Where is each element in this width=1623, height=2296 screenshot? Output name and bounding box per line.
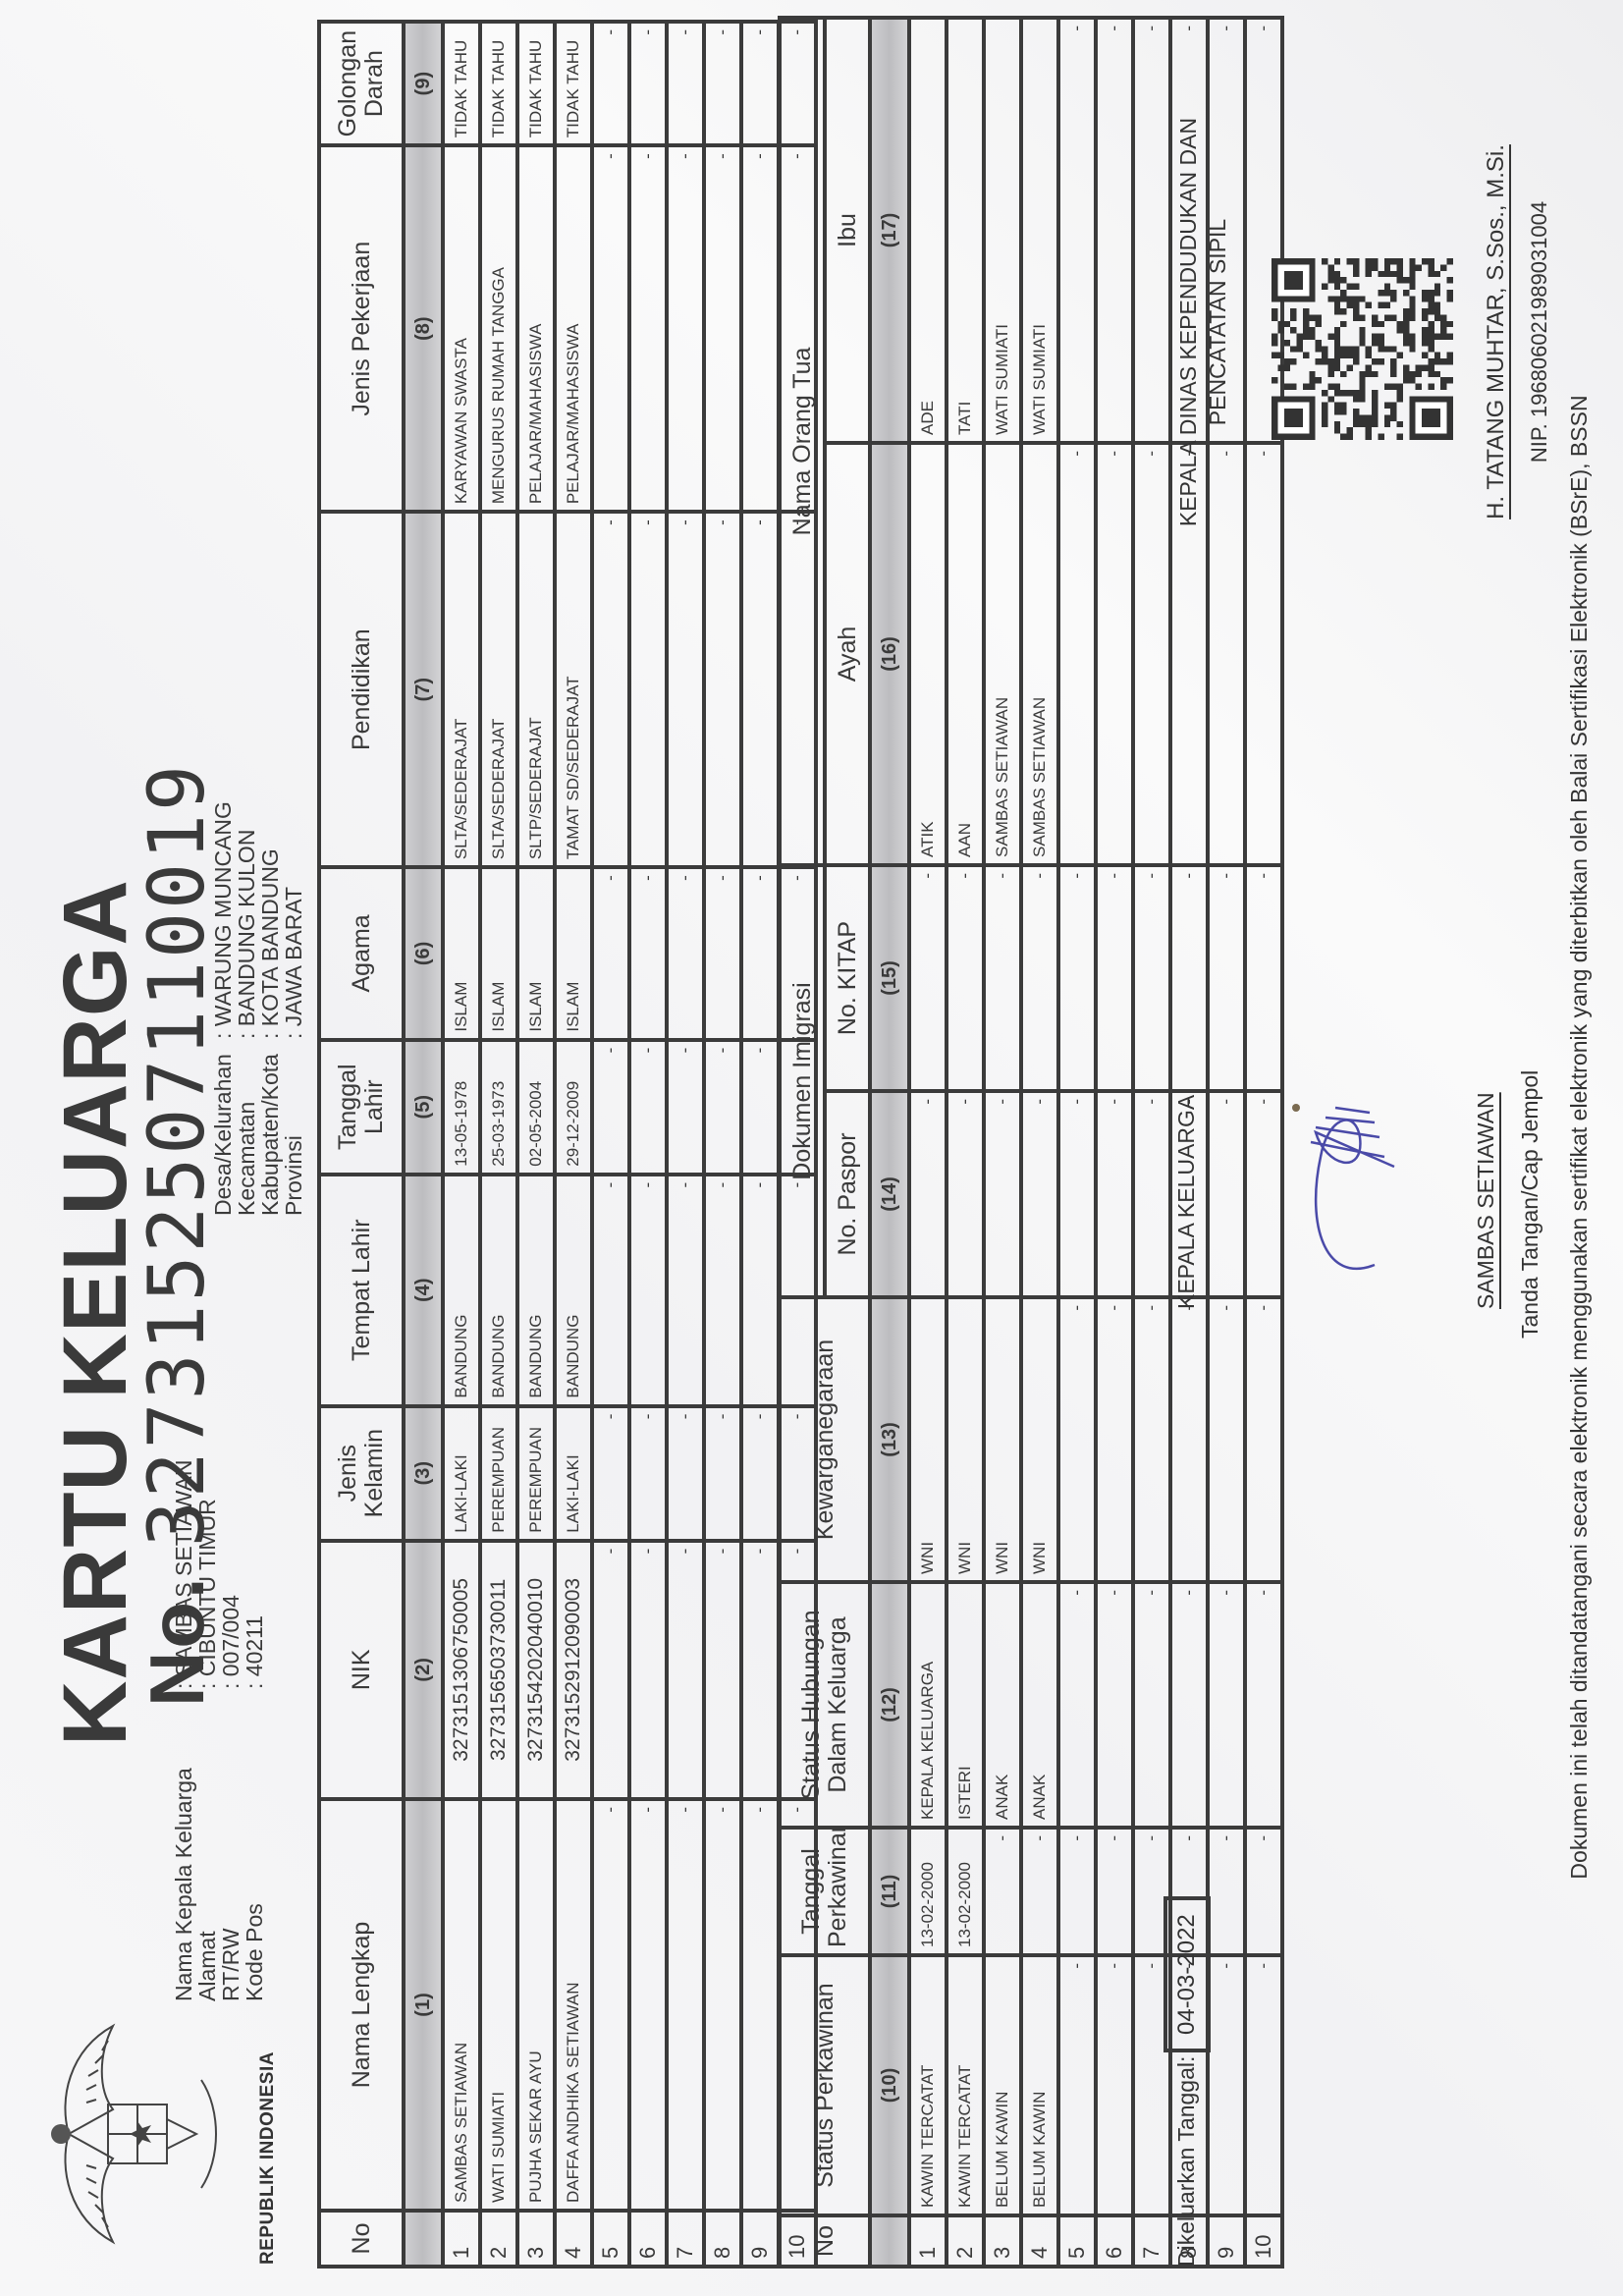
info-value: : 40211 — [243, 1615, 266, 1689]
col-header: Ibu — [825, 18, 870, 443]
row-number: 1 — [909, 2215, 947, 2267]
office-title-line: PENCATATAN SIPIL — [1203, 47, 1232, 597]
header-info-right: Desa/Kelurahan: WARUNG MUNCANG Kecamatan… — [211, 801, 305, 1216]
row-number: 6 — [1096, 2215, 1133, 2267]
table-cell: - — [592, 1541, 629, 1799]
col-number: (8) — [404, 145, 443, 512]
table-cell: - — [1096, 443, 1133, 865]
qr-code-icon — [1271, 258, 1453, 440]
office-title-line: KEPALA DINAS KEPENDUDUKAN DAN — [1173, 47, 1203, 597]
col-number: (2) — [404, 1541, 443, 1799]
table-cell: - — [1058, 1582, 1096, 1828]
table-cell: PELAJAR/MAHASISWA — [517, 145, 555, 512]
col-number: (12) — [870, 1582, 909, 1828]
table-cell: - — [667, 867, 704, 1040]
table-cell: - — [629, 22, 667, 145]
table-cell: - — [1096, 1955, 1133, 2215]
header-info-left: Nama Kepala Keluarga: SAMBAS SETIAWAN Al… — [172, 1460, 266, 2001]
info-row: Alamat: CIBUNTU TIMUR — [195, 1460, 219, 2001]
table-cell: - — [1245, 1828, 1282, 1955]
table-cell: - — [629, 867, 667, 1040]
info-value: : BANDUNG KULON — [235, 830, 258, 1039]
table-cell: KAWIN TERCATAT — [909, 1955, 947, 2215]
row-number: 4 — [555, 2211, 592, 2267]
table-row: 1KAWIN TERCATAT13-02-2000KEPALA KELUARGA… — [909, 18, 947, 2267]
table-cell: 3273151306750005 — [443, 1541, 480, 1799]
table-cell: - — [1096, 1297, 1133, 1582]
table-row: 3PUJHA SEKAR AYU3273154202040010PEREMPUA… — [517, 22, 555, 2267]
col-number: (1) — [404, 1799, 443, 2211]
table-cell: - — [909, 1091, 947, 1297]
info-label: Alamat — [195, 1689, 219, 2001]
info-row: Kecamatan: BANDUNG KULON — [235, 801, 258, 1216]
row-number: 10 — [1245, 2215, 1282, 2267]
col-header: NIK — [319, 1541, 404, 1799]
table-cell: - — [704, 22, 741, 145]
table-cell: WNI — [984, 1297, 1021, 1582]
issued-date-label: Dikeluarkan Tanggal: — [1173, 2056, 1200, 2267]
table-cell: ANAK — [984, 1582, 1021, 1828]
table-cell: - — [1021, 1828, 1058, 1955]
col-number: (11) — [870, 1828, 909, 1955]
table-cell: - — [1208, 1091, 1245, 1297]
table-cell: - — [592, 1799, 629, 2211]
handwritten-signature-icon — [1267, 1059, 1434, 1304]
table-cell: TATI — [947, 18, 984, 443]
table-cell: ISTERI — [947, 1582, 984, 1828]
table-cell: - — [741, 1175, 779, 1406]
table-cell: 3273156503730011 — [480, 1541, 517, 1799]
table-cell: ISLAM — [517, 867, 555, 1040]
table-cell: - — [1170, 1582, 1208, 1828]
col-header: Tanggal Lahir — [319, 1040, 404, 1175]
table-cell: - — [741, 512, 779, 867]
table-cell: TIDAK TAHU — [517, 22, 555, 145]
table-cell: WNI — [1021, 1297, 1058, 1582]
info-label: Kecamatan — [235, 1039, 258, 1216]
table-cell: - — [592, 867, 629, 1040]
row-number: 7 — [667, 2211, 704, 2267]
table-cell: - — [704, 1175, 741, 1406]
table-cell: - — [1133, 1582, 1170, 1828]
table-row: 2WATI SUMIATI3273156503730011PEREMPUANBA… — [480, 22, 517, 2267]
table-cell: - — [741, 1541, 779, 1799]
column-number-row: (1) (2) (3) (4) (5) (6) (7) (8) (9) — [404, 22, 443, 2267]
table-cell: - — [629, 1406, 667, 1541]
info-value: : JAWA BARAT — [282, 887, 305, 1039]
col-header: Golongan Darah — [319, 22, 404, 145]
col-header: Ayah — [825, 443, 870, 865]
col-number: (16) — [870, 443, 909, 865]
table-header-row: No Nama Lengkap NIK Jenis Kelamin Tempat… — [319, 22, 404, 2267]
info-row: RT/RW: 007/004 — [219, 1460, 243, 2001]
table-cell: PUJHA SEKAR AYU — [517, 1799, 555, 2211]
table-cell: - — [1208, 1828, 1245, 1955]
col-number: (3) — [404, 1406, 443, 1541]
table-cell: - — [667, 1799, 704, 2211]
table-row: 9--------- — [741, 22, 779, 2267]
table-cell: - — [667, 1406, 704, 1541]
officer-nip: NIP. 196806021989031004 — [1527, 37, 1552, 627]
table-cell: BANDUNG — [480, 1175, 517, 1406]
row-number: 2 — [480, 2211, 517, 2267]
table-cell: TIDAK TAHU — [443, 22, 480, 145]
table-cell: - — [667, 22, 704, 145]
table-cell: - — [1096, 1582, 1133, 1828]
table-cell: - — [1058, 1091, 1096, 1297]
table-cell: DAFFA ANDHIKA SETIAWAN — [555, 1799, 592, 2211]
table-cell: - — [667, 1175, 704, 1406]
table-cell: - — [629, 1040, 667, 1175]
table-cell: - — [592, 145, 629, 512]
table-cell: - — [704, 1799, 741, 2211]
table-cell: BANDUNG — [517, 1175, 555, 1406]
col-header: Tanggal Perkawinan — [780, 1828, 870, 1955]
table-row: 7--------- — [667, 22, 704, 2267]
table-cell: ISLAM — [555, 867, 592, 1040]
table-cell: - — [1170, 1297, 1208, 1582]
col-number: (14) — [870, 1091, 909, 1297]
row-number: 4 — [1021, 2215, 1058, 2267]
info-row: Provinsi: JAWA BARAT — [282, 801, 305, 1216]
col-number — [870, 2215, 909, 2267]
table-cell: SAMBAS SETIAWAN — [443, 1799, 480, 2211]
table-cell: - — [741, 867, 779, 1040]
table-cell: ADE — [909, 18, 947, 443]
table-cell: TAMAT SD/SEDERAJAT — [555, 512, 592, 867]
family-head-title: KEPALA KELUARGA — [1173, 1095, 1200, 1309]
number-value: 3273152507110019 — [134, 762, 222, 1547]
family-members-body: 1SAMBAS SETIAWAN3273151306750005LAKI-LAK… — [443, 22, 816, 2267]
table-cell: - — [947, 1091, 984, 1297]
col-header: Nama Lengkap — [319, 1799, 404, 2211]
family-members-table: No Nama Lengkap NIK Jenis Kelamin Tempat… — [317, 20, 818, 2269]
table-cell: - — [592, 512, 629, 867]
table-row: 5--------- — [592, 22, 629, 2267]
table-cell: 02-05-2004 — [517, 1040, 555, 1175]
table-cell: - — [704, 867, 741, 1040]
col-header: Pendidikan — [319, 512, 404, 867]
col-header: Kewarganegaraan — [780, 1297, 870, 1582]
table-cell: - — [741, 1799, 779, 2211]
info-label: RT/RW — [219, 1689, 243, 2001]
table-cell: 13-02-2000 — [909, 1828, 947, 1955]
info-row: Kabupaten/Kota: KOTA BANDUNG — [258, 801, 282, 1216]
table-cell: - — [1245, 1582, 1282, 1828]
table-cell: - — [1208, 1955, 1245, 2215]
info-value: : 007/004 — [219, 1595, 243, 1689]
table-cell: - — [1096, 18, 1133, 443]
table-cell: - — [1208, 1297, 1245, 1582]
col-number: (17) — [870, 18, 909, 443]
table-cell: 29-12-2009 — [555, 1040, 592, 1175]
table-cell: - — [1170, 865, 1208, 1091]
table-row: 4BELUM KAWIN-ANAKWNI--SAMBAS SETIAWANWAT… — [1021, 18, 1058, 2267]
table-cell: - — [1058, 1955, 1096, 2215]
table-cell: - — [1096, 865, 1133, 1091]
table-cell: ISLAM — [443, 867, 480, 1040]
row-number: 2 — [947, 2215, 984, 2267]
table-cell: BELUM KAWIN — [1021, 1955, 1058, 2215]
table-row: 5-------- — [1058, 18, 1096, 2267]
table-cell: - — [1133, 443, 1170, 865]
table-cell: KEPALA KELUARGA — [909, 1582, 947, 1828]
table-cell: - — [667, 145, 704, 512]
table-cell: - — [704, 1541, 741, 1799]
signature-caption: Tanda Tangan/Cap Jempol — [1517, 1070, 1543, 1339]
table-cell: KARYAWAN SWASTA — [443, 145, 480, 512]
table-cell: - — [1208, 865, 1245, 1091]
table-cell: - — [1133, 1091, 1170, 1297]
table-cell: - — [667, 1040, 704, 1175]
col-header: Jenis Kelamin — [319, 1406, 404, 1541]
table-cell: TIDAK TAHU — [480, 22, 517, 145]
table-cell: - — [1058, 865, 1096, 1091]
table-cell: - — [704, 145, 741, 512]
info-label: Kode Pos — [243, 1689, 266, 2001]
table-cell: WATI SUMIATI — [984, 18, 1021, 443]
office-title: KEPALA DINAS KEPENDUDUKAN DAN PENCATATAN… — [1173, 47, 1232, 597]
table-cell: 13-02-2000 — [947, 1828, 984, 1955]
table-cell: - — [947, 865, 984, 1091]
col-header: Agama — [319, 867, 404, 1040]
row-number: 6 — [629, 2211, 667, 2267]
row-number: 7 — [1133, 2215, 1170, 2267]
group-header-immigration: Dokumen Imigrasi — [780, 865, 825, 1297]
table-cell: - — [1021, 865, 1058, 1091]
info-label: Desa/Kelurahan — [211, 1039, 235, 1216]
table-cell: - — [1208, 1582, 1245, 1828]
table-cell: SLTA/SEDERAJAT — [480, 512, 517, 867]
table-cell: - — [984, 1828, 1021, 1955]
col-header: No — [780, 2215, 870, 2267]
table-cell: SLTP/SEDERAJAT — [517, 512, 555, 867]
info-row: Desa/Kelurahan: WARUNG MUNCANG — [211, 801, 235, 1216]
garuda-emblem-icon — [39, 2011, 236, 2257]
table-cell: BANDUNG — [443, 1175, 480, 1406]
table-cell: - — [1058, 443, 1096, 865]
table-row: 4DAFFA ANDHIKA SETIAWAN3273152912090003L… — [555, 22, 592, 2267]
table-cell: - — [629, 1799, 667, 2211]
table-cell: WNI — [909, 1297, 947, 1582]
col-header: Status Perkawinan — [780, 1955, 870, 2215]
col-number: (13) — [870, 1297, 909, 1582]
table-cell: - — [984, 865, 1021, 1091]
table-cell: 25-03-1973 — [480, 1040, 517, 1175]
col-number: (5) — [404, 1040, 443, 1175]
table-cell: BELUM KAWIN — [984, 1955, 1021, 2215]
table-cell: TIDAK TAHU — [555, 22, 592, 145]
info-value: : WARUNG MUNCANG — [211, 801, 235, 1039]
table-cell: - — [1058, 1297, 1096, 1582]
table-cell: KAWIN TERCATAT — [947, 1955, 984, 2215]
table-cell: SLTA/SEDERAJAT — [443, 512, 480, 867]
table-cell: - — [741, 145, 779, 512]
table-cell: - — [1133, 865, 1170, 1091]
table-cell: - — [1245, 443, 1282, 865]
info-label: Kabupaten/Kota — [258, 1039, 282, 1216]
table-cell: - — [1133, 1297, 1170, 1582]
table-cell: SAMBAS SETIAWAN — [1021, 443, 1058, 865]
row-number: 8 — [704, 2211, 741, 2267]
row-number: 1 — [443, 2211, 480, 2267]
row-number: 5 — [592, 2211, 629, 2267]
table-cell: - — [741, 22, 779, 145]
table-cell: - — [1245, 1297, 1282, 1582]
table-cell: - — [984, 1091, 1021, 1297]
info-value: : KOTA BANDUNG — [258, 848, 282, 1039]
table-cell: WNI — [947, 1297, 984, 1582]
row-number: 3 — [517, 2211, 555, 2267]
info-row: Nama Kepala Keluarga: SAMBAS SETIAWAN — [172, 1460, 195, 2001]
table-cell: - — [741, 1406, 779, 1541]
table-cell: - — [1245, 865, 1282, 1091]
table-cell: - — [667, 1541, 704, 1799]
col-number: (7) — [404, 512, 443, 867]
table-cell: BANDUNG — [555, 1175, 592, 1406]
table-cell: - — [704, 1406, 741, 1541]
table-cell: - — [1058, 1828, 1096, 1955]
table-cell: PELAJAR/MAHASISWA — [555, 145, 592, 512]
table-cell: ISLAM — [480, 867, 517, 1040]
table-row: 2KAWIN TERCATAT13-02-2000ISTERIWNI--AANT… — [947, 18, 984, 2267]
table-cell: - — [592, 22, 629, 145]
table-cell: LAKI-LAKI — [555, 1406, 592, 1541]
col-number: (9) — [404, 22, 443, 145]
table-row: 6--------- — [629, 22, 667, 2267]
table-cell: - — [1096, 1828, 1133, 1955]
officer-name: H. TATANG MUHTAR, S.Sos., M.Si. — [1483, 37, 1510, 627]
table-cell: 3273154202040010 — [517, 1541, 555, 1799]
col-number: (6) — [404, 867, 443, 1040]
table-cell: - — [1096, 1091, 1133, 1297]
table-cell: - — [629, 512, 667, 867]
row-number: 5 — [1058, 2215, 1096, 2267]
table-cell: 3273152912090003 — [555, 1541, 592, 1799]
info-value: : SAMBAS SETIAWAN — [172, 1460, 195, 1689]
row-number: 9 — [1208, 2215, 1245, 2267]
table-cell: PEREMPUAN — [517, 1406, 555, 1541]
group-header-parents: Nama Orang Tua — [780, 18, 825, 865]
table-cell: - — [629, 1541, 667, 1799]
col-number: (15) — [870, 865, 909, 1091]
col-header: Jenis Pekerjaan — [319, 145, 404, 512]
info-row: Kode Pos: 40211 — [243, 1460, 266, 2001]
col-header: Tempat Lahir — [319, 1175, 404, 1406]
table-cell: WATI SUMIATI — [1021, 18, 1058, 443]
row-number: 3 — [984, 2215, 1021, 2267]
col-header: Status Hubungan Dalam Keluarga — [780, 1582, 870, 1828]
electronic-signature-disclaimer: Dokumen ini telah ditandatangani secara … — [1566, 8, 1593, 2267]
table-cell: MENGURUS RUMAH TANGGA — [480, 145, 517, 512]
table-cell: 13-05-1978 — [443, 1040, 480, 1175]
country-label: REPUBLIK INDONESIA — [257, 2051, 279, 2265]
col-header: No — [319, 2211, 404, 2267]
table-cell: - — [909, 865, 947, 1091]
table-cell: LAKI-LAKI — [443, 1406, 480, 1541]
table-cell: - — [592, 1040, 629, 1175]
col-header: No. KITAP — [825, 865, 870, 1091]
table-cell: - — [1133, 18, 1170, 443]
table-cell: WATI SUMIATI — [480, 1799, 517, 2211]
table-cell: - — [1021, 1091, 1058, 1297]
table-cell: - — [592, 1406, 629, 1541]
table-row: 1SAMBAS SETIAWAN3273151306750005LAKI-LAK… — [443, 22, 480, 2267]
info-value: : CIBUNTU TIMUR — [195, 1499, 219, 1689]
table-cell: - — [592, 1175, 629, 1406]
col-number: (10) — [870, 1955, 909, 2215]
table-cell: - — [1245, 1955, 1282, 2215]
table-row: 6-------- — [1096, 18, 1133, 2267]
table-cell: - — [704, 1040, 741, 1175]
col-number — [404, 2211, 443, 2267]
table-cell: - — [629, 145, 667, 512]
family-head-name: SAMBAS SETIAWAN — [1473, 1092, 1499, 1309]
table-cell: - — [629, 1175, 667, 1406]
table-cell: ATIK — [909, 443, 947, 865]
family-card-sheet: REPUBLIK INDONESIA KARTU KELUARGA No.327… — [0, 0, 1623, 2296]
table-row: 8--------- — [704, 22, 741, 2267]
table-header-row: No Status Perkawinan Tanggal Perkawinan … — [780, 18, 825, 2267]
info-label: Provinsi — [282, 1039, 305, 1216]
table-cell: - — [1058, 18, 1096, 443]
column-number-row: (10) (11) (12) (13) (14) (15) (16) (17) — [870, 18, 909, 2267]
table-cell: SAMBAS SETIAWAN — [984, 443, 1021, 865]
table-cell: - — [704, 512, 741, 867]
table-cell: ANAK — [1021, 1582, 1058, 1828]
col-header: No. Paspor — [825, 1091, 870, 1297]
info-label: Nama Kepala Keluarga — [172, 1689, 195, 2001]
row-number: 9 — [741, 2211, 779, 2267]
table-cell: AAN — [947, 443, 984, 865]
table-cell: - — [667, 512, 704, 867]
table-cell: - — [741, 1040, 779, 1175]
table-row: 3BELUM KAWIN-ANAKWNI--SAMBAS SETIAWANWAT… — [984, 18, 1021, 2267]
issued-date-value: 04-03-2022 — [1163, 1896, 1211, 2052]
col-number: (4) — [404, 1175, 443, 1406]
table-cell: PEREMPUAN — [480, 1406, 517, 1541]
